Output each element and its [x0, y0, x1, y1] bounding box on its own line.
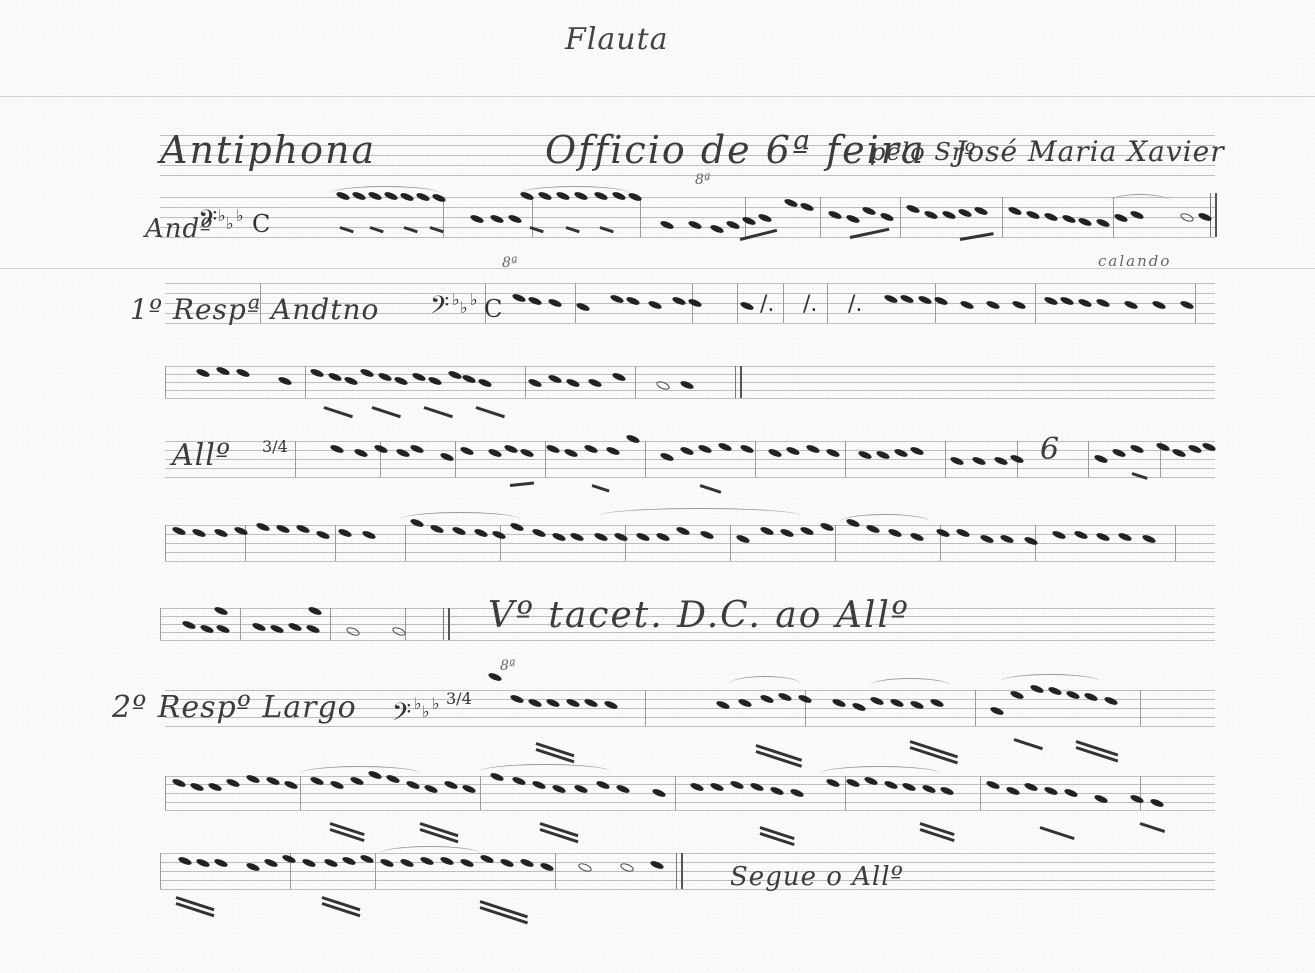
flat-icon: ♭	[414, 694, 422, 713]
tempo-first-responsory: 1º Respª Andtno	[130, 293, 379, 326]
measure-number: 6	[1040, 432, 1060, 467]
flat-icon: ♭	[470, 290, 478, 309]
time-signature: 3/4	[446, 692, 472, 706]
octave-mark: 8ª	[500, 658, 516, 674]
segue-instruction: Segue o Allº	[730, 862, 904, 892]
staff-9	[160, 853, 1215, 889]
instrument-title: Flauta	[565, 22, 669, 57]
flat-icon: ♭	[452, 290, 460, 309]
manuscript-page: Flauta Antiphona Officio de 6ª feira pel…	[0, 0, 1315, 973]
octave-mark: 8ª	[502, 255, 518, 271]
repeat-measure-icon: /.	[848, 292, 862, 317]
bass-clef-icon: 𝄢	[430, 291, 449, 326]
octave-mark: 8ª	[695, 172, 711, 188]
calando-marking: calando	[1098, 252, 1171, 270]
composer-name: José Maria Xavier	[955, 135, 1225, 168]
flat-icon: ♭	[218, 206, 226, 225]
common-time-icon: C	[484, 295, 502, 323]
flat-icon: ♭	[422, 702, 430, 721]
staff-3	[165, 366, 1215, 398]
work-title: Officio de 6ª feira	[545, 128, 926, 172]
bass-clef-icon: 𝄢	[198, 205, 217, 240]
repeat-measure-icon: /.	[803, 292, 817, 317]
piece-title: Antiphona	[160, 128, 376, 172]
tacet-instruction: Vº tacet. D.C. ao Allº	[488, 595, 910, 636]
tempo-second-responsory: 2º Respº Largo	[112, 690, 357, 725]
flat-icon: ♭	[432, 694, 440, 713]
tempo-allegro: Allº	[172, 438, 231, 473]
repeat-measure-icon: /.	[760, 292, 774, 317]
flat-icon: ♭	[236, 206, 244, 225]
paper-fold-line	[0, 96, 1315, 97]
flat-icon: ♭	[460, 298, 468, 317]
common-time-icon: C	[252, 210, 270, 238]
flat-icon: ♭	[226, 214, 234, 233]
time-signature: 3/4	[262, 440, 288, 454]
bass-clef-icon: 𝄢	[392, 698, 411, 733]
